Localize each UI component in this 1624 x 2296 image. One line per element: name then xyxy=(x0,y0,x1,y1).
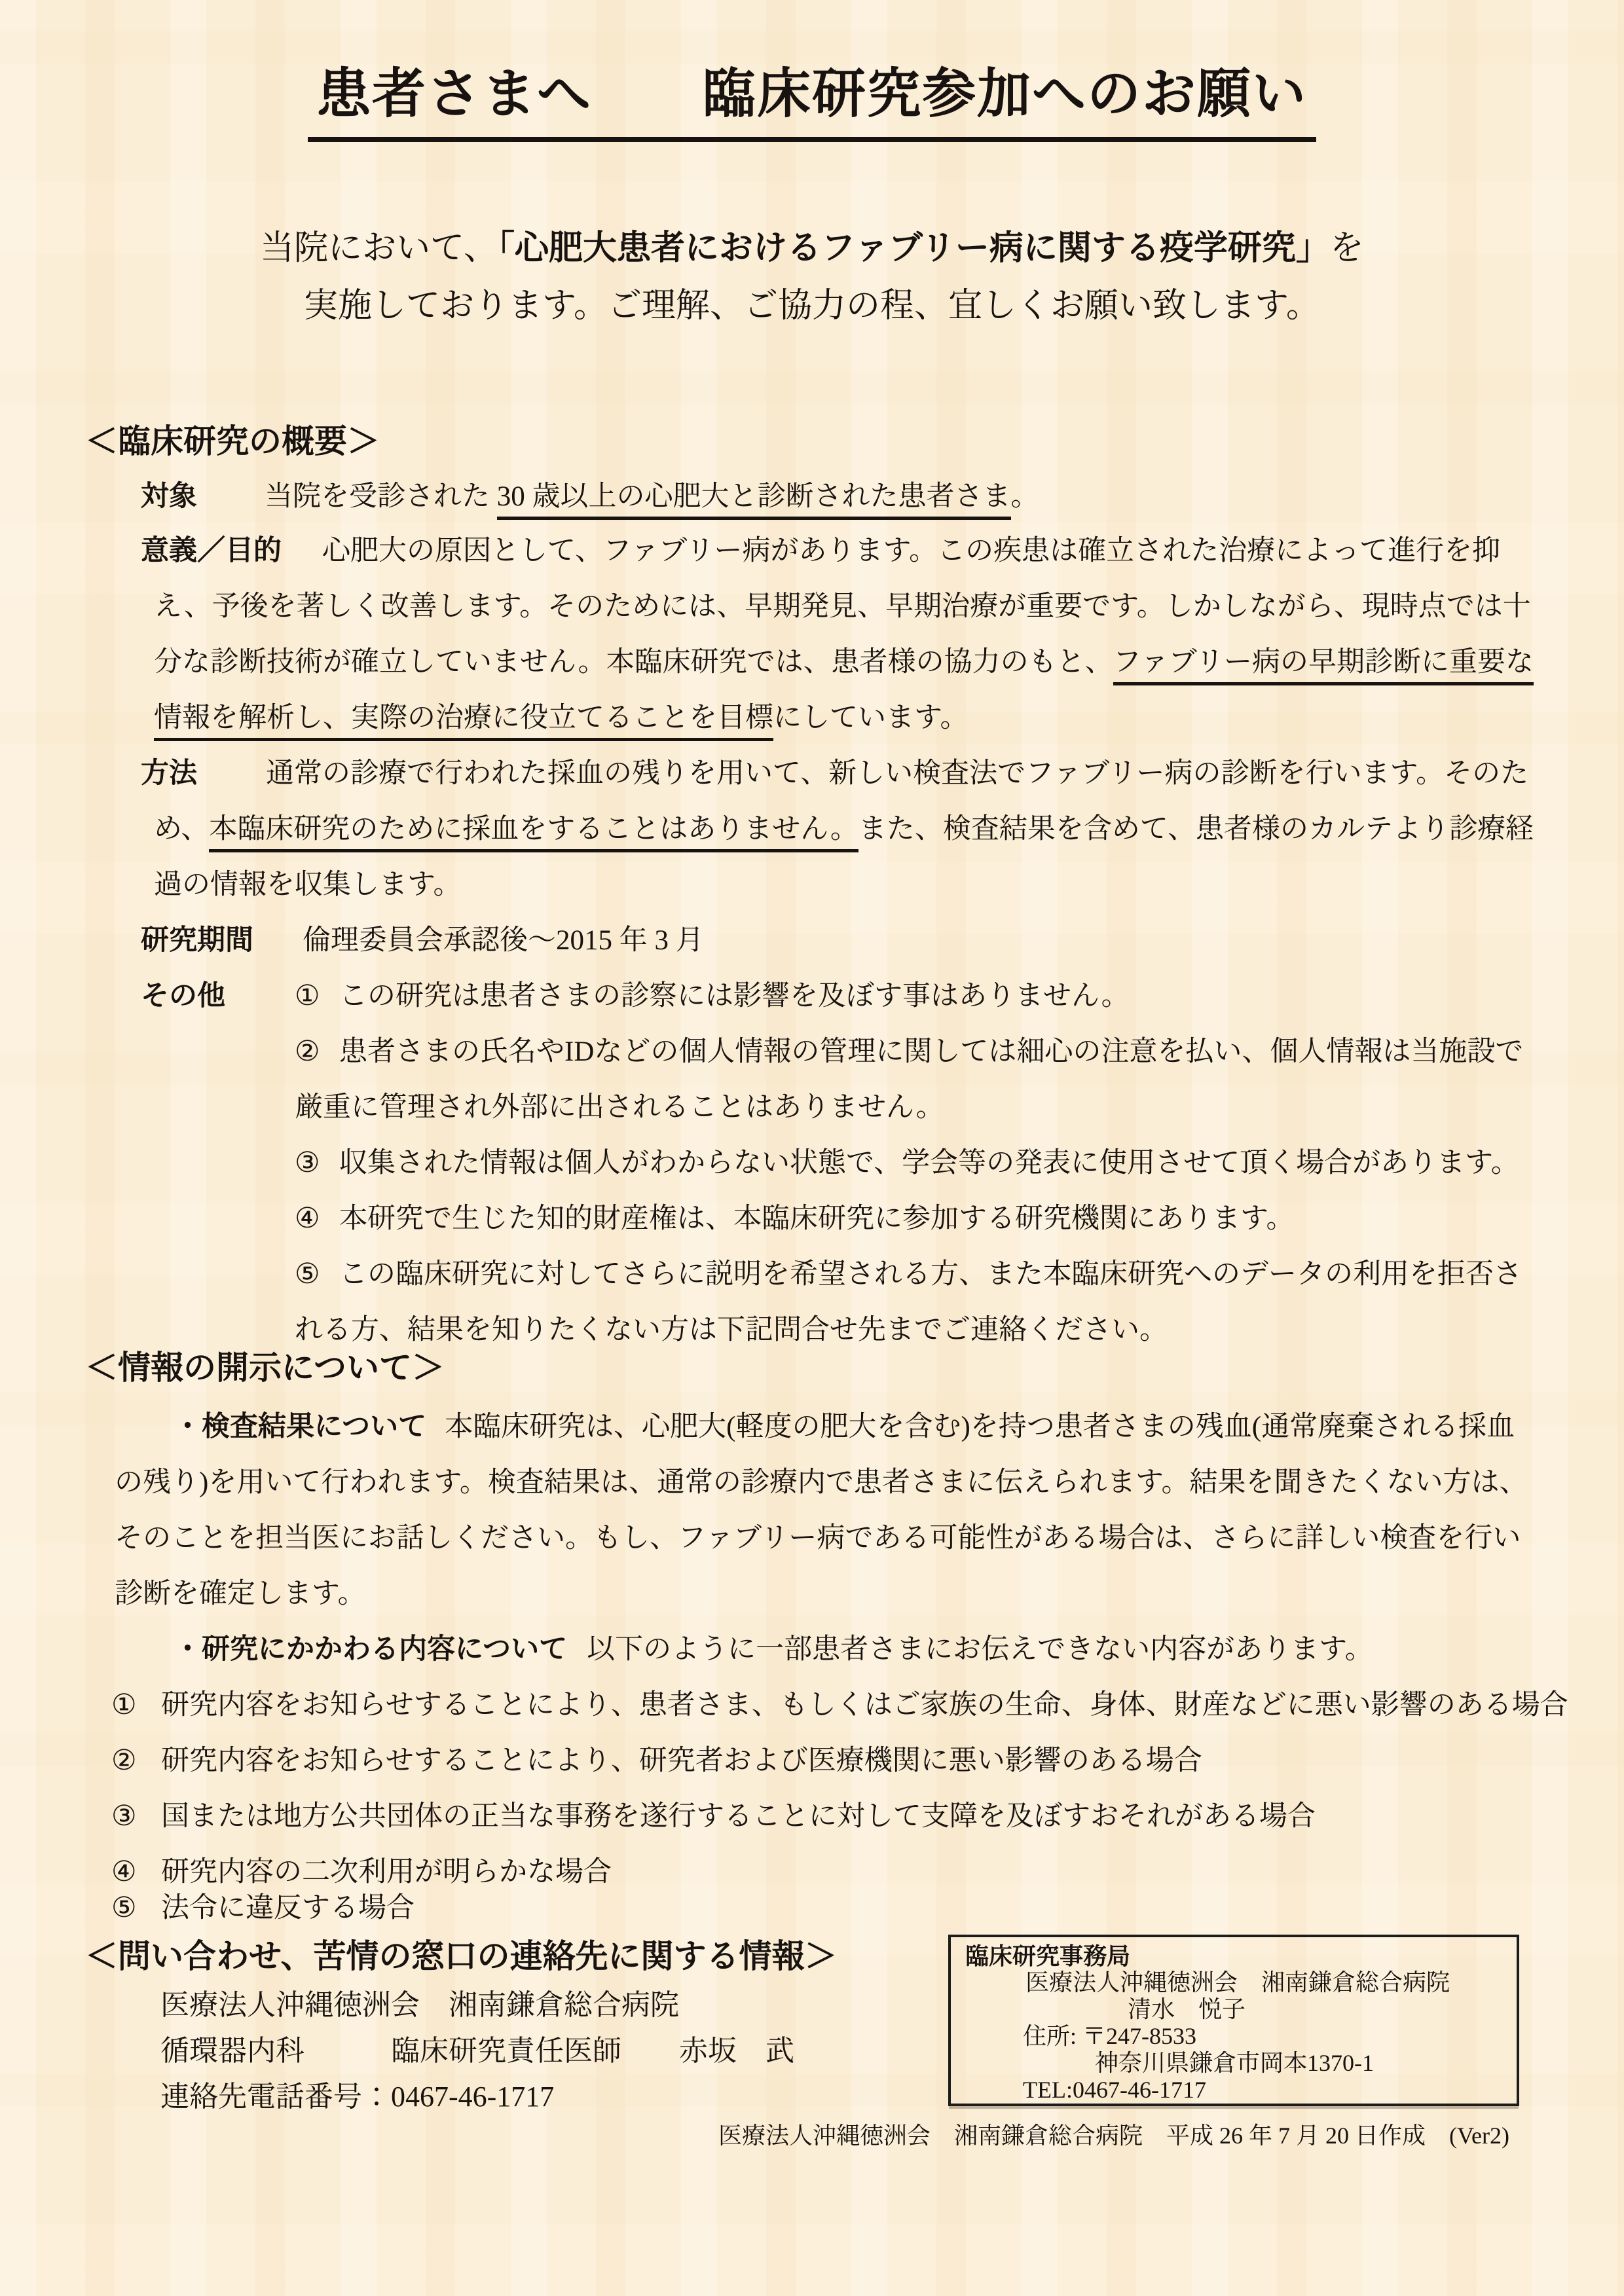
office-phone: TEL:0467-46-1717 xyxy=(965,2077,1507,2104)
method-label: 方法 xyxy=(141,757,197,789)
title-wrap: 患者さまへ 臨床研究参加へのお願い xyxy=(0,0,1624,142)
list-item: ②患者さまの氏名やIDなどの個人情報の管理に関しては細心の注意を払い、個人情報は… xyxy=(295,1024,1542,1135)
list-item: ①この研究は患者さまの診察には影響を及ぼす事はありません。 xyxy=(295,968,1542,1024)
study-name: 「心肥大患者におけるファブリー病に関する疫学研究」 xyxy=(498,229,1330,267)
office-postal: 住所: 〒247-8533 xyxy=(965,2023,1507,2050)
content-paragraph: ・研究にかかわる内容について以下のように一部患者さまにお伝えできない内容がありま… xyxy=(115,1622,1539,1677)
item-number: ② xyxy=(295,1024,325,1080)
item-number: ① xyxy=(295,968,325,1024)
others-label: その他 xyxy=(141,968,295,1358)
office-address: 神奈川県鎌倉市岡本1370-1 xyxy=(965,2050,1507,2077)
others-items: ①この研究は患者さまの診察には影響を及ぼす事はありません。 ②患者さまの氏名やI… xyxy=(295,968,1542,1358)
list-item: ③国または地方公共団体の正当な事務を遂行することに対して支障を及ぼすおそれがある… xyxy=(111,1789,1624,1844)
item-number: ③ xyxy=(295,1135,325,1191)
office-box-title: 臨床研究事務局 xyxy=(965,1942,1507,1969)
period-label: 研究期間 xyxy=(141,924,253,956)
page-title: 患者さまへ 臨床研究参加へのお願い xyxy=(308,62,1316,142)
item-number: ① xyxy=(111,1677,141,1733)
intro-paragraph: 当院において、「心肥大患者におけるファブリー病に関する疫学研究」を 実施しており… xyxy=(0,219,1624,335)
period-row: 研究期間倫理委員会承認後～2015 年 3 月 xyxy=(141,913,1539,968)
list-item: ②研究内容をお知らせすることにより、研究者および医療機関に悪い影響のある場合 xyxy=(111,1733,1624,1789)
list-item: ④本研究で生じた知的財産権は、本臨床研究に参加する研究機関にあります。 xyxy=(295,1191,1542,1247)
intro-line-2: 実施しております。ご理解、ご協力の程、宜しくお願い致します。 xyxy=(0,278,1624,335)
content-label: ・研究にかかわる内容について xyxy=(174,1633,567,1665)
method-underlined-text: 本臨床研究のために採血をすることはありません。 xyxy=(209,814,858,852)
list-item: ⑤法令に違反する場合 xyxy=(111,1887,1624,1930)
list-item: ③収集された情報は個人がわからない状態で、学会等の発表に使用させて頂く場合があり… xyxy=(295,1135,1542,1191)
target-row: 対象当院を受診された 30 歳以上の心肥大と診断された患者さま。 xyxy=(141,475,1539,518)
target-label: 対象 xyxy=(141,481,197,512)
list-item: ①研究内容をお知らせすることにより、患者さま、もしくはご家族の生命、身体、財産な… xyxy=(111,1677,1624,1733)
intro-line-1: 当院において、「心肥大患者におけるファブリー病に関する疫学研究」を xyxy=(0,219,1624,278)
results-paragraph: ・検査結果について本臨床研究は、心肥大(軽度の肥大を含む)を持つ患者さまの残血(… xyxy=(115,1399,1539,1622)
purpose-paragraph: 意義／目的心肥大の原因として、ファブリー病があります。この疾患は確立された治療に… xyxy=(141,523,1539,746)
office-hospital: 医療法人沖縄徳洲会 湘南鎌倉総合病院 xyxy=(965,1969,1507,1996)
target-underlined-text: 30 歳以上の心肥大と診断された患者さま xyxy=(497,481,1011,520)
office-person: 清水 悦子 xyxy=(965,1996,1507,2023)
item-number: ④ xyxy=(295,1191,325,1247)
item-number: ⑤ xyxy=(111,1887,141,1930)
item-number: ⑤ xyxy=(295,1247,325,1302)
results-label: ・検査結果について xyxy=(174,1411,426,1442)
item-number: ③ xyxy=(111,1789,141,1844)
office-contact-box: 臨床研究事務局 医療法人沖縄徳洲会 湘南鎌倉総合病院 清水 悦子 住所: 〒24… xyxy=(948,1935,1519,2106)
disclosure-cases: ①研究内容をお知らせすることにより、患者さま、もしくはご家族の生命、身体、財産な… xyxy=(111,1677,1624,1930)
purpose-label: 意義／目的 xyxy=(141,535,282,566)
others-block: その他 ①この研究は患者さまの診察には影響を及ぼす事はありません。 ②患者さまの… xyxy=(141,968,1624,1358)
list-item: ⑤この臨床研究に対してさらに説明を希望される方、また本臨床研究へのデータの利用を… xyxy=(295,1247,1542,1358)
method-paragraph: 方法通常の診療で行われた採血の残りを用いて、新しい検査法でファブリー病の診断を行… xyxy=(141,746,1539,913)
section-heading-overview: ＜臨床研究の概要＞ xyxy=(85,422,1624,461)
document-page: 患者さまへ 臨床研究参加へのお願い 当院において、「心肥大患者におけるファブリー… xyxy=(0,0,1624,2296)
footer-note: 医療法人沖縄徳洲会 湘南鎌倉総合病院 平成 26 年 7 月 20 日作成 (V… xyxy=(0,2117,1509,2151)
item-number: ② xyxy=(111,1733,141,1789)
